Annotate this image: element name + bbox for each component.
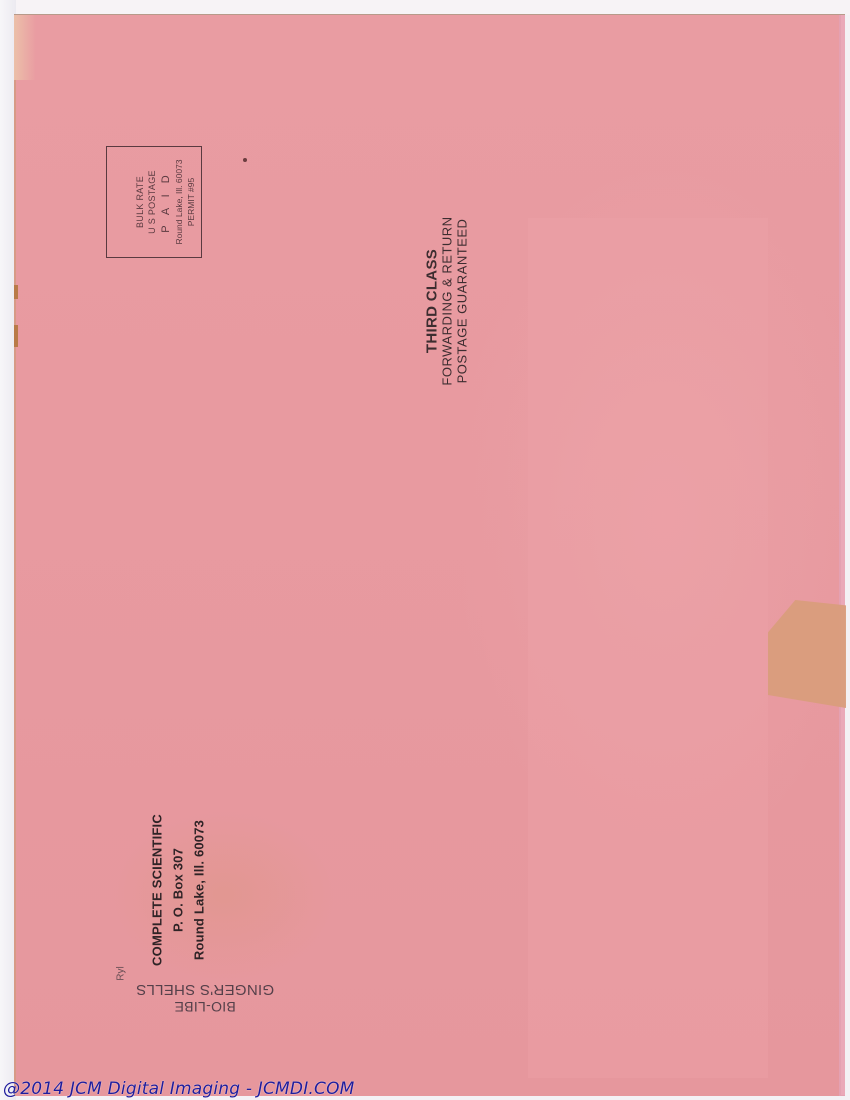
edge-wear (14, 325, 18, 347)
mail-class-text: THIRD CLASS FORWARDING & RETURN POSTAGE … (425, 216, 470, 386)
scanner-background-top (0, 0, 850, 15)
rubber-stamp: BIO-LIBE GINGER'S SHELLS (115, 980, 295, 1022)
edge-wear (14, 285, 18, 299)
mail-class-title: THIRD CLASS (425, 216, 440, 386)
postage-guaranteed: POSTAGE GUARANTEED (455, 216, 470, 386)
ink-speck (243, 158, 247, 162)
permit-city: Round Lake, Ill. 60073 (173, 144, 185, 260)
handwritten-mark: Ryl (116, 966, 127, 980)
permit-right-column: Round Lake, Ill. 60073 PERMIT #95 (173, 144, 197, 260)
rubber-stamp-text: BIO-LIBE GINGER'S SHELLS (115, 980, 295, 1016)
right-edge (841, 15, 845, 1095)
permit-bulk-rate: BULK RATE (134, 176, 146, 228)
return-po-box: P. O. Box 307 (168, 800, 189, 980)
mail-class-block: THIRD CLASS FORWARDING & RETURN POSTAGE … (412, 216, 482, 386)
forwarding-return: FORWARDING & RETURN (440, 216, 455, 386)
address-window-area (528, 218, 768, 1078)
return-city: Round Lake, Ill. 60073 (189, 800, 210, 980)
worn-corner (14, 15, 36, 80)
return-company: COMPLETE SCIENTIFIC (147, 800, 168, 980)
return-address-block: COMPLETE SCIENTIFIC P. O. Box 307 Round … (143, 800, 213, 980)
permit-number: PERMIT #95 (185, 144, 197, 260)
copyright-watermark: @2014 JCM Digital Imaging - JCMDI.COM (3, 1079, 355, 1099)
rubber-stamp-line2: BIO-LIBE (115, 998, 295, 1016)
permit-us-postage: U S POSTAGE (146, 170, 158, 234)
rubber-stamp-line1: GINGER'S SHELLS (115, 980, 295, 998)
return-address-text: COMPLETE SCIENTIFIC P. O. Box 307 Round … (147, 800, 210, 980)
permit-right-wrap: Round Lake, Ill. 60073 PERMIT #95 (165, 144, 205, 260)
